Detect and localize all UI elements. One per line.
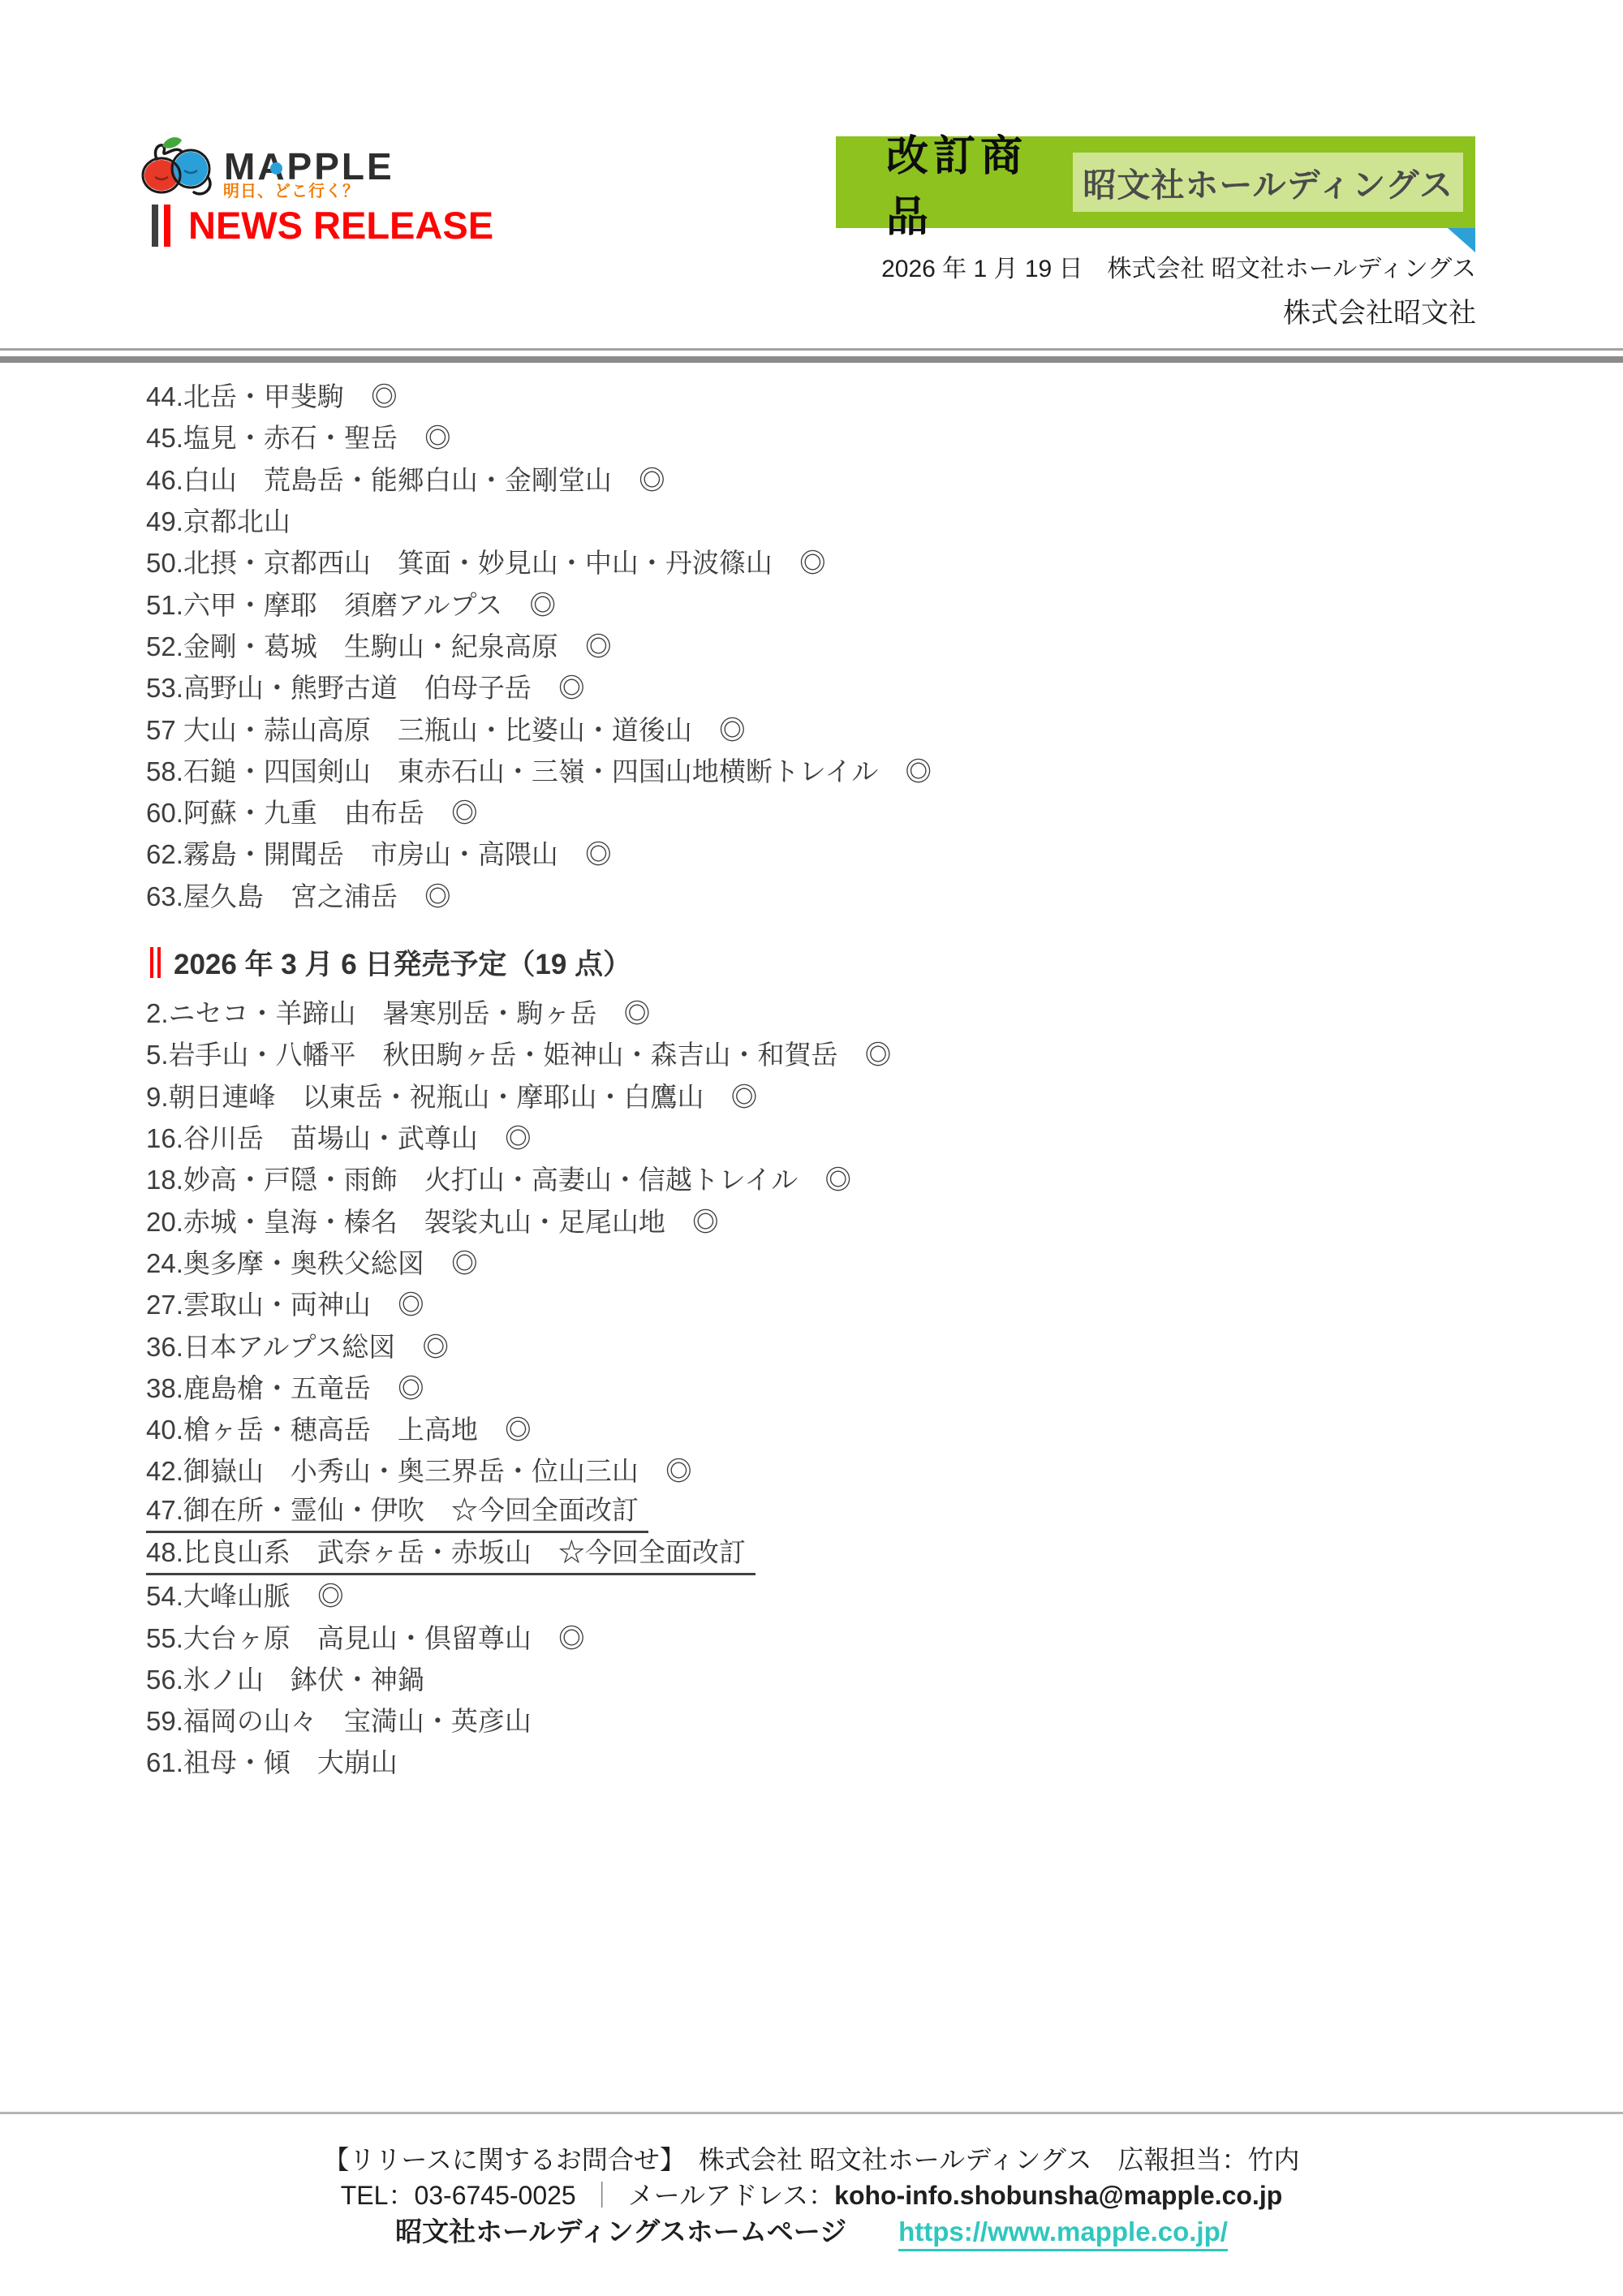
march-release-list: 2.ニセコ・羊蹄山 暑寒別岳・駒ヶ岳 ◎5.岩手山・八幡平 秋田駒ヶ岳・姫神山・… [146,991,892,1782]
continuing-product-list: 44.北岳・甲斐駒 ◎45.塩見・赤石・聖岳 ◎46.白山 荒島岳・能郷白山・金… [146,374,932,915]
list-item: 42.御嶽山 小秀山・奥三界岳・位山三山 ◎ [146,1449,892,1490]
list-item: 51.六甲・摩耶 須磨アルプス ◎ [146,582,932,623]
divider-thin [0,348,1623,351]
footer-email: koho-info.shobunsha@mapple.co.jp [834,2181,1282,2210]
list-item: 38.鹿島槍・五竜岳 ◎ [146,1366,892,1407]
list-item: 54.大峰山脈 ◎ [146,1574,892,1615]
list-item: 58.石鎚・四国剣山 東赤石山・三嶺・四国山地横断トレイル ◎ [146,749,932,790]
date-company-line: 2026 年 1 月 19 日 株式会社 昭文社ホールディングス [881,248,1476,284]
march-release-heading: 2026 年 3 月 6 日発売予定（19 点） [150,942,631,983]
list-item: 53.高野山・熊野古道 伯母子岳 ◎ [146,666,932,707]
brand-tagline: 明日、どこ行く？ [223,178,359,201]
footer-mail-label: メールアドレス： [628,2181,834,2210]
banner-label: 改訂商品 [886,122,1073,243]
list-item: 2.ニセコ・羊蹄山 暑寒別岳・駒ヶ岳 ◎ [146,991,892,1032]
accent-bar-red-icon [150,947,153,978]
footer-contact-line: 【リリースに関するお問合せ】 株式会社 昭文社ホールディングス 広報担当：竹内 [0,2139,1623,2177]
accent-bar-red-icon [157,947,161,978]
list-item: 5.岩手山・八幡平 秋田駒ヶ岳・姫神山・森吉山・和賀岳 ◎ [146,1032,892,1074]
footer-tel-mail-line: TEL：03-6745-0025｜メールアドレス：koho-info.shobu… [0,2175,1623,2212]
news-release-title: NEWS RELEASE [188,203,493,248]
list-item: 50.北摂・京都西山 箕面・妙見山・中山・丹波篠山 ◎ [146,541,932,582]
list-item: 55.大台ヶ原 高見山・倶留尊山 ◎ [146,1615,892,1656]
footer-divider [0,2112,1623,2114]
footer-tel: TEL：03-6745-0025 [341,2181,576,2210]
accent-bar-red-icon [164,205,170,247]
list-item: 47.御在所・霊仙・伊吹 ☆今回全面改訂 [146,1491,892,1532]
footer-homepage-line: 昭文社ホールディングスホームページhttps://www.mapple.co.j… [0,2211,1623,2249]
list-item: 48.比良山系 武奈ヶ岳・赤坂山 ☆今回全面改訂 [146,1532,892,1574]
footer-separator: ｜ [576,2181,628,2210]
list-item: 18.妙高・戸隠・雨飾 火打山・高妻山・信越トレイル ◎ [146,1157,892,1199]
accent-bar-dark-icon [152,205,158,247]
march-release-title: 2026 年 3 月 6 日発売予定（19 点） [174,942,631,983]
homepage-label: 昭文社ホールディングスホームページ [395,2216,846,2246]
list-item: 40.槍ヶ岳・穂高岳 上高地 ◎ [146,1407,892,1449]
revision-banner: 改訂商品 昭文社ホールディングス [836,136,1475,228]
list-item: 24.奥多摩・奥秩父総図 ◎ [146,1241,892,1282]
homepage-link[interactable]: https://www.mapple.co.jp/ [898,2216,1228,2251]
news-release-heading: NEWS RELEASE [152,203,493,248]
list-item: 60.阿蘇・九重 由布岳 ◎ [146,790,932,832]
list-item: 52.金剛・葛城 生駒山・紀泉高原 ◎ [146,624,932,666]
list-item: 63.屋久島 宮之浦岳 ◎ [146,874,932,915]
mapple-logo-icon [140,127,221,205]
logo-dot-icon [270,162,282,174]
list-item: 9.朝日連峰 以東岳・祝瓶山・摩耶山・白鷹山 ◎ [146,1075,892,1116]
list-item: 27.雲取山・両神山 ◎ [146,1282,892,1324]
list-item: 16.谷川岳 苗場山・武尊山 ◎ [146,1116,892,1157]
company-line: 株式会社昭文社 [1283,291,1476,330]
list-item: 20.赤城・皇海・榛名 袈裟丸山・足尾山地 ◎ [146,1199,892,1240]
list-item: 46.白山 荒島岳・能郷白山・金剛堂山 ◎ [146,458,932,499]
banner-company-tag: 昭文社ホールディングス [1073,153,1463,212]
list-item: 36.日本アルプス総図 ◎ [146,1324,892,1365]
list-item: 45.塩見・赤石・聖岳 ◎ [146,416,932,457]
divider-thick [0,356,1623,363]
list-item: 49.京都北山 [146,499,932,541]
list-item: 61.祖母・傾 大崩山 [146,1740,892,1781]
list-item: 56.氷ノ山 鉢伏・神鍋 [146,1657,892,1699]
list-item: 62.霧島・開聞岳 市房山・高隈山 ◎ [146,832,932,873]
list-item: 44.北岳・甲斐駒 ◎ [146,374,932,416]
news-release-page: MAPPLE 明日、どこ行く？ NEWS RELEASE 改訂商品 昭文社ホール… [0,0,1623,2296]
list-item: 59.福岡の山々 宝満山・英彦山 [146,1699,892,1740]
list-item: 57 大山・蒜山高原 三瓶山・比婆山・道後山 ◎ [146,707,932,748]
